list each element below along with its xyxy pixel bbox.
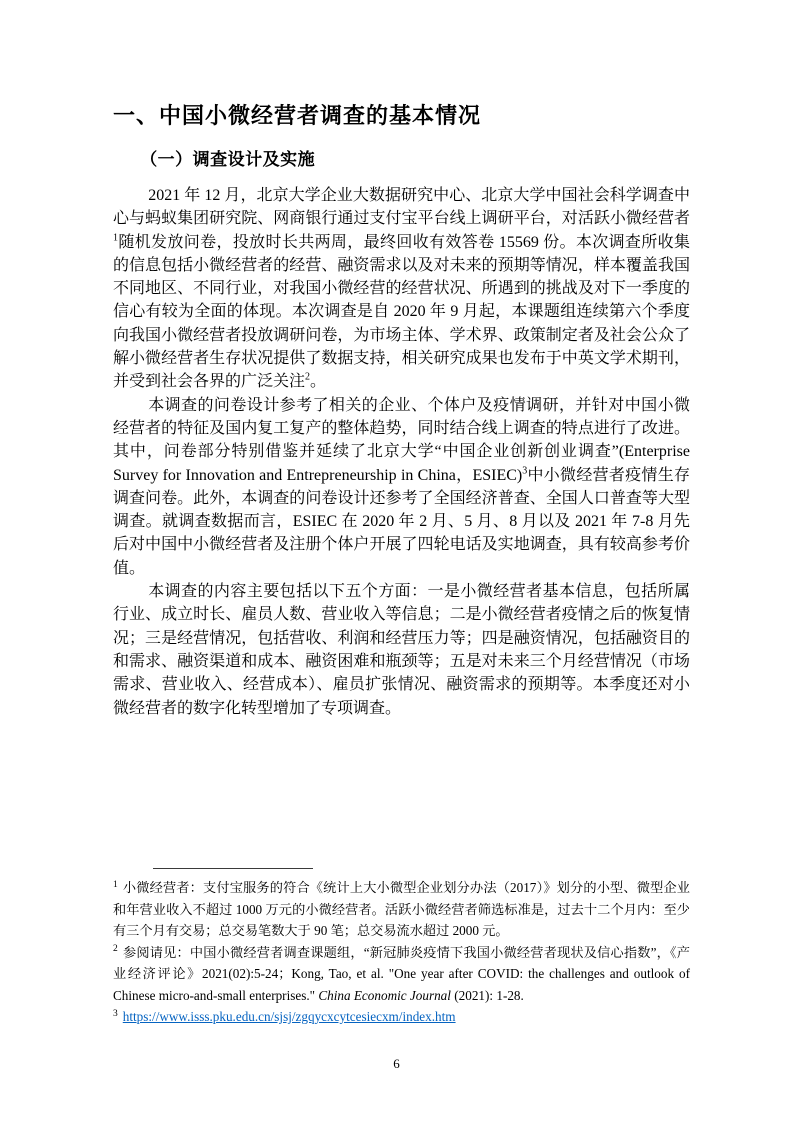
footnote-2: 2参阅请见：中国小微经营者调查课题组，“新冠肺炎疫情下我国小微经营者现状及信心指… [113,942,690,1007]
text-run: 本调查的内容主要包括以下五个方面：一是小微经营者基本信息，包括所属行业、成立时长… [113,583,690,716]
footnote-marker-2: 2 [113,944,118,954]
document-page: 一、中国小微经营者调查的基本情况 （一）调查设计及实施 2021 年 12 月，… [0,0,793,1122]
text-run: 小微经营者：支付宝服务的符合《统计上大小微型企业划分办法（2017）》划分的小型… [113,880,690,938]
footnote-3: 3https://www.isss.pku.edu.cn/sjsj/zgqycx… [113,1006,690,1028]
text-run: 随机发放问卷，投放时长共两周，最终回收有效答卷 15569 份。本次调查所收集的… [113,234,690,391]
footnote-1-text: 小微经营者：支付宝服务的符合《统计上大小微型企业划分办法（2017）》划分的小型… [113,880,690,938]
footnote-3-text: https://www.isss.pku.edu.cn/sjsj/zgqycxc… [123,1009,456,1024]
footnote-url-link[interactable]: https://www.isss.pku.edu.cn/sjsj/zgqycxc… [123,1009,456,1024]
footnote-marker-1: 1 [113,880,118,890]
body-text: 2021 年 12 月，北京大学企业大数据研究中心、北京大学中国社会科学调查中心… [113,184,690,720]
text-run: (2021): 1-28. [451,988,524,1003]
footnotes-section: 1小微经营者：支付宝服务的符合《统计上大小微型企业划分办法（2017）》划分的小… [113,868,690,1028]
section-heading: 一、中国小微经营者调查的基本情况 [0,0,793,129]
subsection-heading: （一）调查设计及实施 [113,149,690,171]
text-run: 2021 年 12 月，北京大学企业大数据研究中心、北京大学中国社会科学调查中心… [113,187,690,227]
footnote-2-text: 参阅请见：中国小微经营者调查课题组，“新冠肺炎疫情下我国小微经营者现状及信心指数… [113,945,690,1003]
journal-title-italic: China Economic Journal [318,988,451,1003]
page-number: 6 [0,1056,793,1072]
body-paragraph-2: 本调查的问卷设计参考了相关的企业、个体户及疫情调研，并针对中国小微经营者的特征及… [113,394,690,580]
footnote-1: 1小微经营者：支付宝服务的符合《统计上大小微型企业划分办法（2017）》划分的小… [113,877,690,942]
footnote-separator [153,868,313,869]
body-paragraph-1: 2021 年 12 月，北京大学企业大数据研究中心、北京大学中国社会科学调查中心… [113,184,690,394]
text-run: 。 [310,373,326,390]
body-paragraph-3: 本调查的内容主要包括以下五个方面：一是小微经营者基本信息，包括所属行业、成立时长… [113,580,690,720]
footnote-marker-3: 3 [113,1009,118,1019]
